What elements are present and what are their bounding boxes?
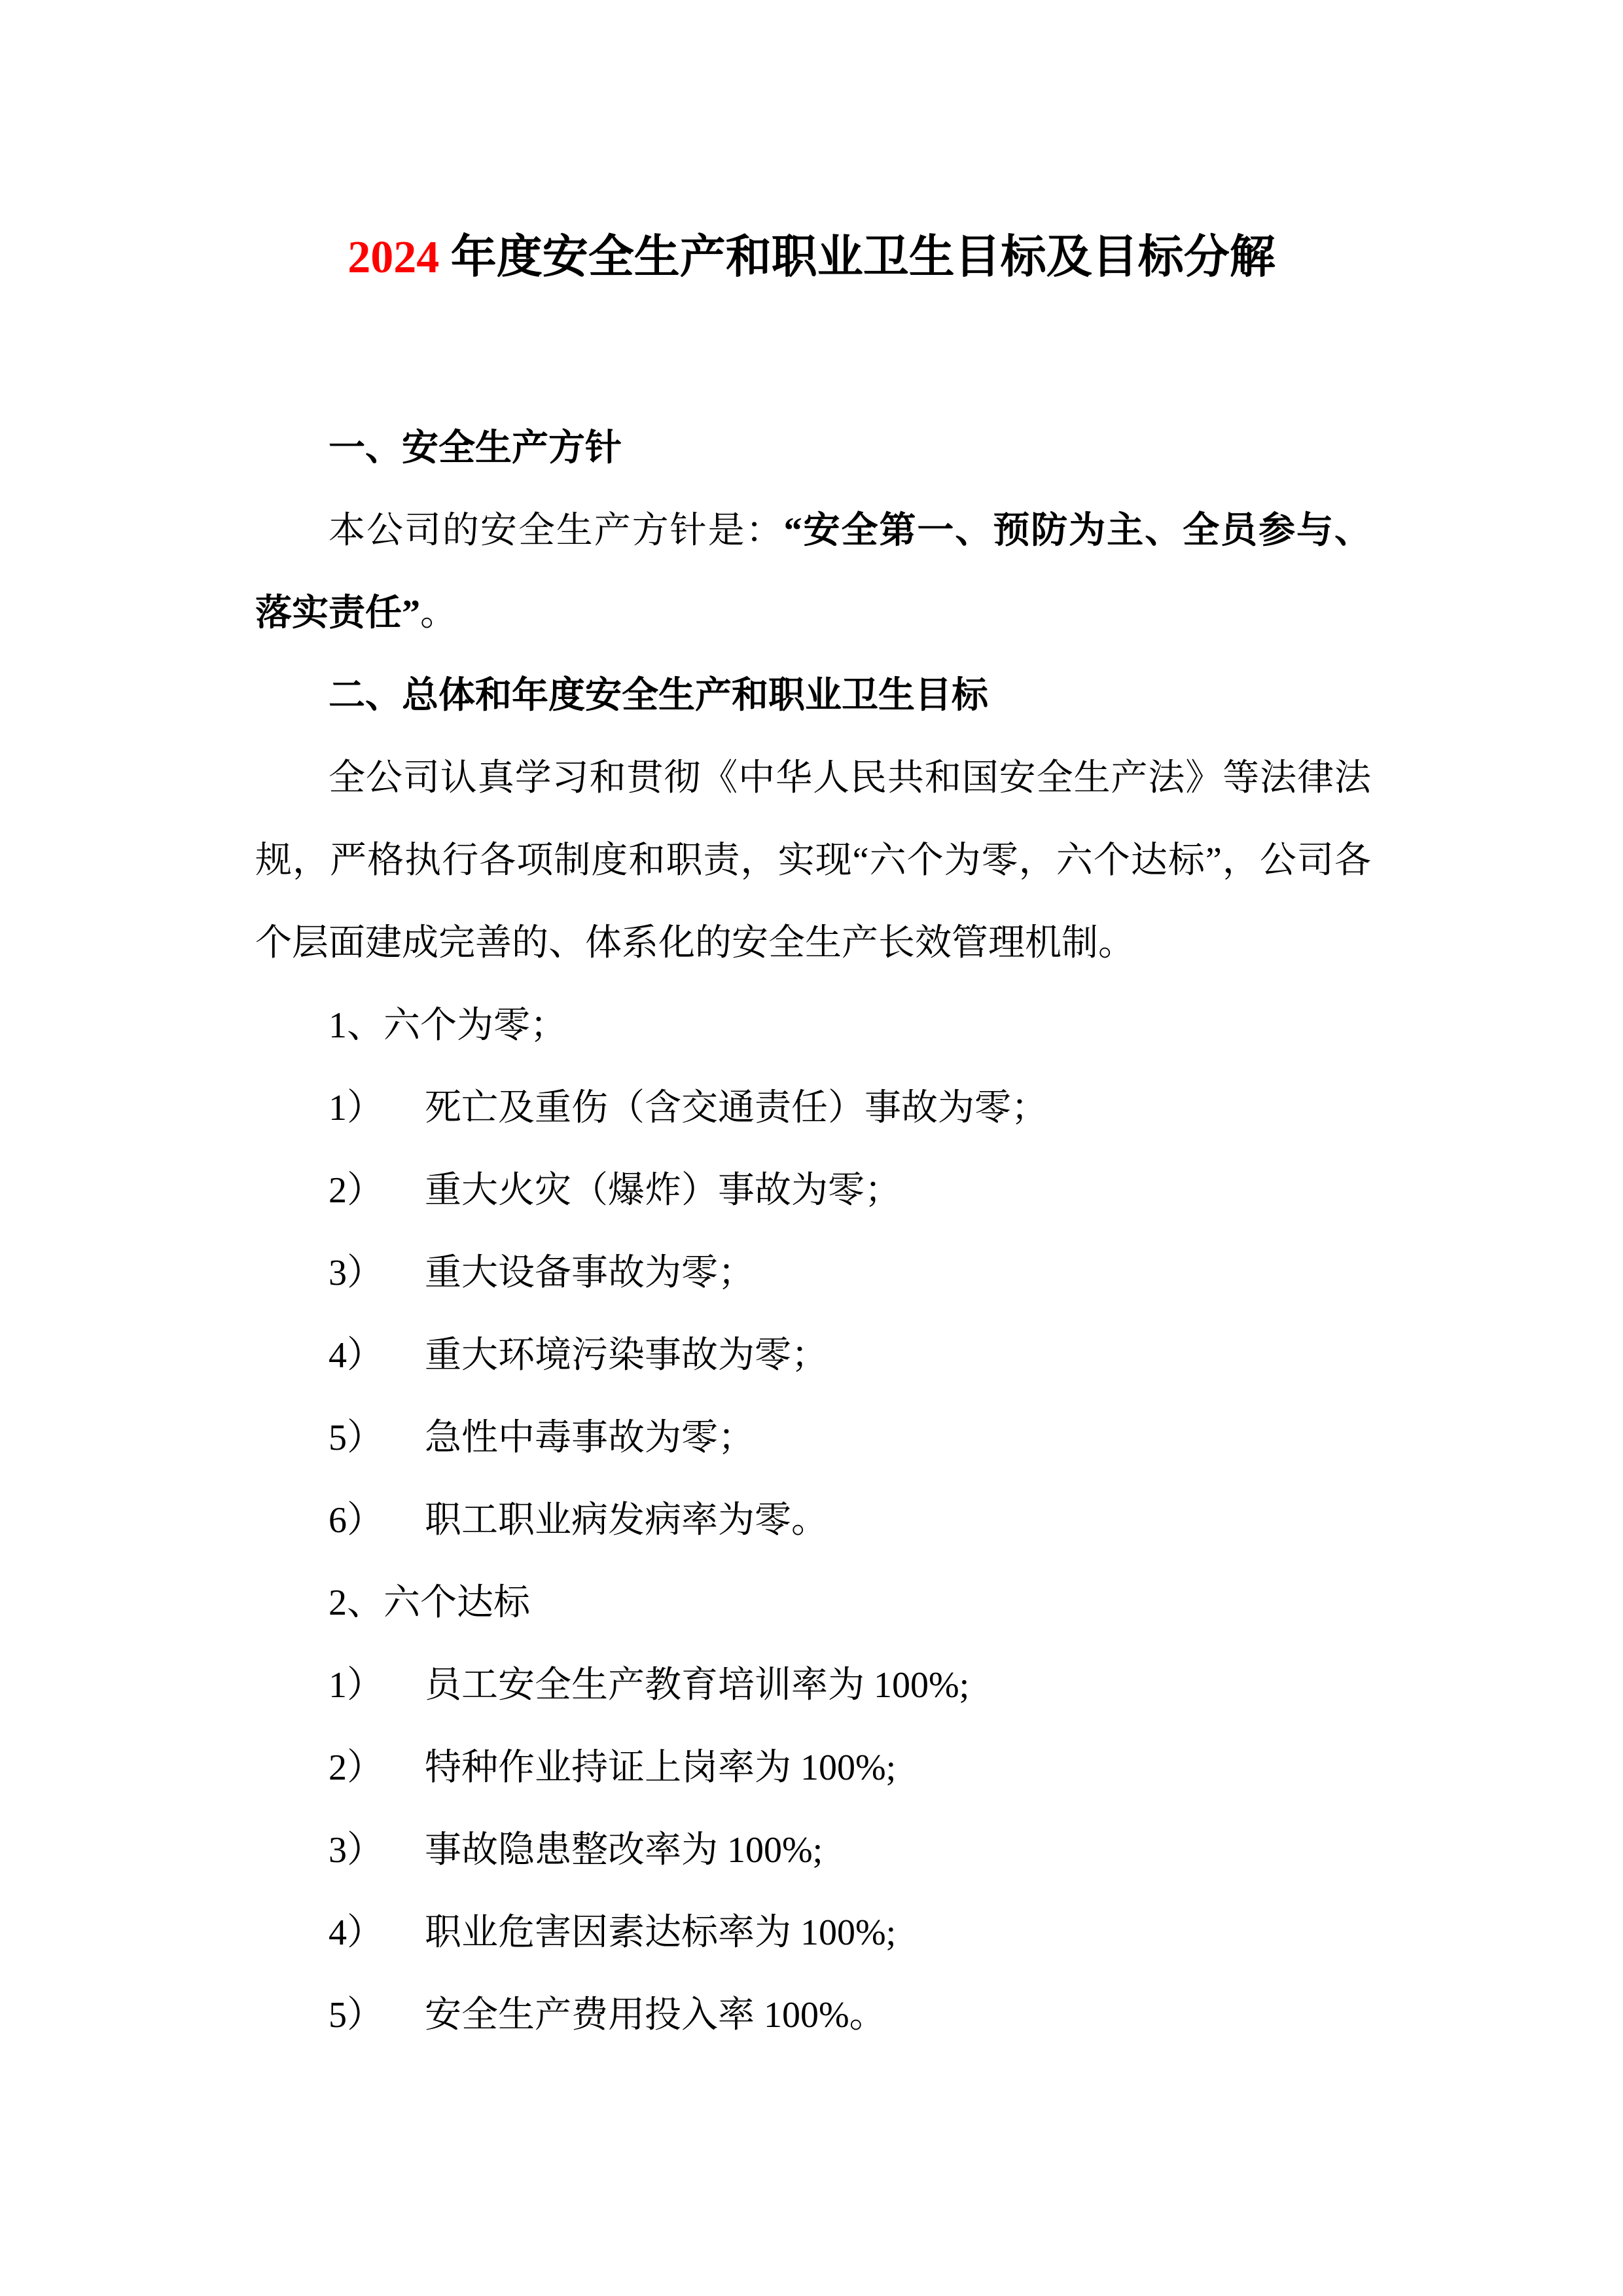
list-item-text: 重大火灾（爆炸）事故为零；: [425, 1170, 901, 1211]
title-text: 年度安全生产和职业卫生目标及目标分解: [439, 232, 1275, 283]
section-1-heading: 一、安全生产方针: [255, 407, 1371, 490]
list-item: 4）重大环境污染事故为零；: [255, 1314, 1371, 1397]
overview-paragraph: 全公司认真学习和贯彻《中华人民共和国安全生产法》等法律法规，严格执行各项制度和职…: [255, 737, 1371, 984]
list-item-number: 2）: [329, 1149, 425, 1232]
zero-goals-title: 1、六个为零；: [255, 984, 1371, 1067]
list-item-text: 事故隐患整改率为 100%;: [425, 1830, 823, 1871]
list-item-number: 1）: [329, 1644, 425, 1727]
list-item-number: 3）: [329, 1809, 425, 1892]
list-item-text: 职工职业病发病率为零。: [425, 1500, 828, 1541]
list-item: 3）事故隐患整改率为 100%;: [255, 1809, 1371, 1892]
list-item-text: 重大设备事故为零；: [425, 1253, 755, 1293]
document-body: 一、安全生产方针 本公司的安全生产方针是：“安全第一、预防为主、全员参与、落实责…: [255, 407, 1371, 2056]
title-year: 2024: [348, 232, 439, 283]
list-item: 5）安全生产费用投入率 100%。: [255, 1974, 1371, 2056]
page-title: 2024 年度安全生产和职业卫生目标及目标分解: [255, 228, 1368, 288]
list-item-number: 5）: [329, 1974, 425, 2056]
list-item-number: 4）: [329, 1314, 425, 1397]
list-item-text: 特种作业持证上岗率为 100%;: [425, 1748, 896, 1788]
list-item-text: 职业危害因素达标率为 100%;: [425, 1912, 896, 1953]
policy-lead: 本公司的安全生产方针是：: [329, 511, 784, 551]
standard-goals-title: 2、六个达标: [255, 1562, 1371, 1644]
list-item: 2）特种作业持证上岗率为 100%;: [255, 1727, 1371, 1809]
list-item: 5）急性中毒事故为零；: [255, 1397, 1371, 1479]
list-item-text: 重大环境污染事故为零；: [425, 1335, 828, 1376]
document-page: 2024 年度安全生产和职业卫生目标及目标分解 一、安全生产方针 本公司的安全生…: [0, 0, 1623, 2296]
list-item-text: 员工安全生产教育培训率为 100%;: [425, 1665, 969, 1706]
list-item-number: 2）: [329, 1727, 425, 1809]
list-item-text: 死亡及重伤（含交通责任）事故为零；: [425, 1088, 1048, 1128]
list-item-number: 1）: [329, 1067, 425, 1149]
section-2-heading: 二、总体和年度安全生产和职业卫生目标: [255, 655, 1371, 737]
list-item-number: 4）: [329, 1892, 425, 1974]
list-item: 1）员工安全生产教育培训率为 100%;: [255, 1644, 1371, 1727]
policy-paragraph: 本公司的安全生产方针是：“安全第一、预防为主、全员参与、落实责任”。: [255, 490, 1371, 655]
list-item: 4）职业危害因素达标率为 100%;: [255, 1892, 1371, 1974]
list-item-number: 6）: [329, 1479, 425, 1562]
list-item-number: 3）: [329, 1232, 425, 1314]
list-item-number: 5）: [329, 1397, 425, 1479]
policy-tail: 。: [420, 593, 457, 634]
list-item-text: 急性中毒事故为零；: [425, 1418, 755, 1458]
list-item: 1）死亡及重伤（含交通责任）事故为零；: [255, 1067, 1371, 1149]
list-item: 3）重大设备事故为零；: [255, 1232, 1371, 1314]
list-item-text: 安全生产费用投入率 100%。: [425, 1995, 886, 2036]
list-item: 6）职工职业病发病率为零。: [255, 1479, 1371, 1562]
list-item: 2）重大火灾（爆炸）事故为零；: [255, 1149, 1371, 1232]
